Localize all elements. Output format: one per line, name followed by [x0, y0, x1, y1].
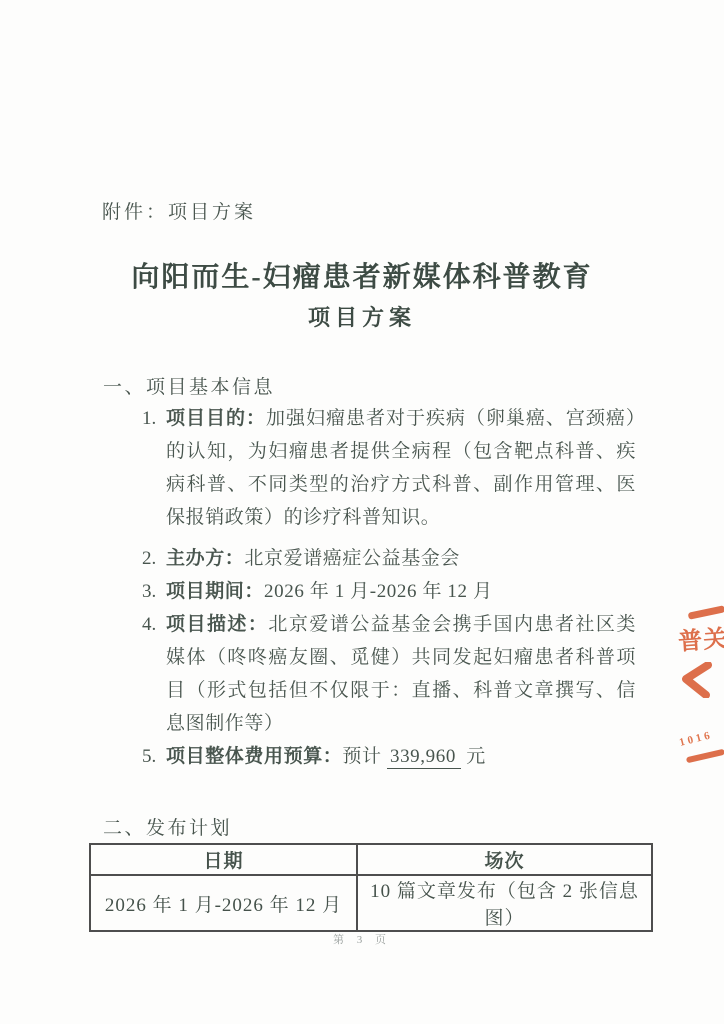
stamp-stroke-icon [688, 605, 724, 620]
table-header-date: 日期 [90, 844, 357, 875]
table-cell-sessions: 10 篇文章发布（包含 2 张信息图） [357, 875, 652, 931]
budget-amount: 339,960 [387, 746, 461, 769]
document-subtitle: 项目方案 [0, 301, 724, 332]
list-item-text: 北京爱谱癌症公益基金会 [244, 548, 460, 569]
list-item-label: 项目整体费用预算： [166, 746, 342, 767]
table-row: 2026 年 1 月-2026 年 12 月 10 篇文章发布（包含 2 张信息… [90, 875, 652, 931]
list-item-number: 5. [142, 740, 156, 773]
list-item-number: 3. [142, 575, 156, 608]
table-header-row: 日期 场次 [90, 844, 652, 875]
list-item-number: 1. [142, 402, 156, 435]
list-item-number: 2. [142, 542, 156, 575]
list-item-label: 项目描述： [166, 614, 268, 635]
stamp-arc-icon [686, 749, 724, 764]
document-page: 附件：项目方案 向阳而生-妇瘤患者新媒体科普教育 项目方案 一、项目基本信息 1… [0, 0, 724, 1024]
stamp-check-icon [682, 662, 712, 698]
stamp-digits: 1016 [678, 729, 714, 749]
attachment-label: 附件：项目方案 [102, 197, 256, 224]
list-item-organizer: 2.主办方：北京爱谱癌症公益基金会 [142, 542, 636, 575]
table-cell-date: 2026 年 1 月-2026 年 12 月 [90, 875, 357, 931]
list-item-text: 2026 年 1 月-2026 年 12 月 [264, 581, 493, 602]
page-number: 第 3 页 [0, 931, 724, 947]
document-title: 向阳而生-妇瘤患者新媒体科普教育 [0, 255, 724, 295]
list-item-budget: 5.项目整体费用预算：预计 339,960 元 [142, 740, 636, 773]
section1-heading: 一、项目基本信息 [103, 372, 275, 399]
list-item-description: 4.项目描述：北京爱谱公益基金会携手国内患者社区类媒体（咚咚癌友圈、觅健）共同发… [142, 608, 636, 740]
list-item-label: 项目期间： [166, 581, 264, 602]
red-seal-stamp: 普关 1016 [664, 600, 724, 775]
budget-prefix: 预计 [342, 746, 387, 767]
section2-heading: 二、发布计划 [103, 813, 232, 840]
project-info-list: 1.项目目的：加强妇瘤患者对于疾病（卵巢癌、宫颈癌）的认知，为妇瘤患者提供全病程… [142, 402, 636, 773]
budget-suffix: 元 [461, 746, 486, 767]
release-plan-table: 日期 场次 2026 年 1 月-2026 年 12 月 10 篇文章发布（包含… [89, 843, 653, 932]
list-item-number: 4. [142, 608, 156, 641]
table-header-sessions: 场次 [357, 844, 652, 875]
list-item-label: 项目目的： [166, 408, 266, 429]
list-item-purpose: 1.项目目的：加强妇瘤患者对于疾病（卵巢癌、宫颈癌）的认知，为妇瘤患者提供全病程… [142, 402, 636, 534]
stamp-characters: 普关 [677, 618, 724, 656]
list-item-label: 主办方： [166, 548, 244, 569]
list-item-period: 3.项目期间：2026 年 1 月-2026 年 12 月 [142, 575, 636, 608]
